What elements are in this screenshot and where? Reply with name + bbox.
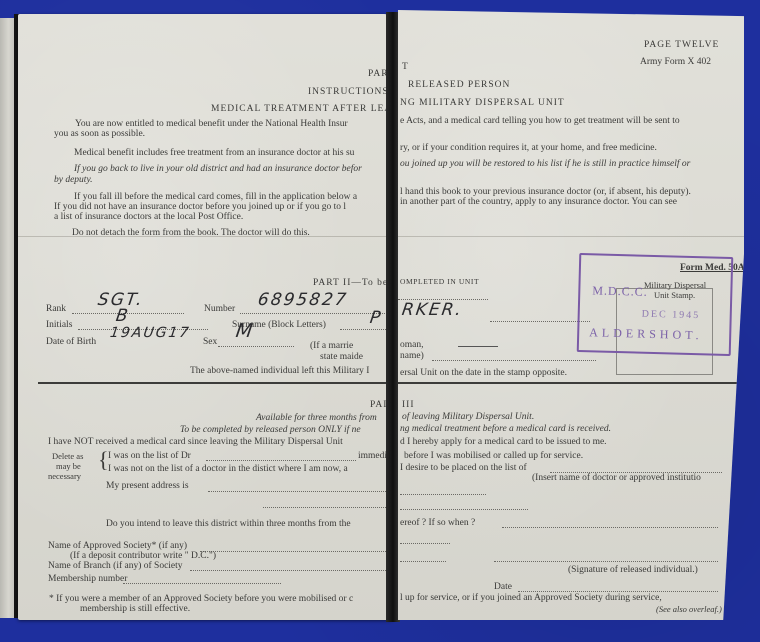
married-note-cont-a: oman, — [400, 340, 423, 351]
right-page: PAGE TWELVE Army Form X 402 T RELEASED P… — [398, 10, 744, 620]
address-field-cont2[interactable] — [400, 509, 528, 510]
insert-note: (Insert name of doctor or approved insti… — [532, 473, 701, 484]
footnote-cont-a: l up for service, or if you joined an Ap… — [400, 593, 662, 604]
option2-cont: I desire to be placed on the list of — [400, 463, 527, 474]
leave-question-cont: ereof ? If so when ? — [400, 518, 475, 529]
apply-statement: d I hereby apply for a medical card to b… — [400, 437, 607, 448]
option2-text: I was not on the list of a doctor in the… — [108, 464, 348, 475]
dob-label: Date of Birth — [46, 337, 96, 348]
maiden-name-field — [432, 360, 596, 361]
fold-crease — [398, 236, 744, 237]
society-field[interactable] — [200, 551, 392, 552]
stamp-mdcc: M.D.C.C. — [592, 283, 648, 299]
number-label: Number — [204, 304, 235, 315]
part2-heading: PART II—To be — [313, 278, 388, 289]
title-line2-cont: NG MILITARY DISPERSAL UNIT — [400, 98, 565, 109]
footnote-cont-b: (See also overleaf.) — [656, 604, 722, 615]
membership-label: Membership number — [48, 574, 127, 585]
part3-heading-cont: III — [402, 400, 415, 411]
dob-value: 19AUG17 — [109, 325, 192, 341]
society-field-cont[interactable] — [400, 543, 450, 544]
title-line1: INSTRUCTIONS T — [308, 87, 392, 98]
para3-cont: ou joined up you will be restored to his… — [400, 159, 690, 170]
married-note-b: state maide — [320, 352, 363, 363]
section-divider-cont — [398, 382, 744, 384]
initials-label: Initials — [46, 320, 72, 331]
handwritten-dash — [458, 346, 498, 347]
para4-cont-b: in another part of the country, apply to… — [400, 197, 677, 208]
completion-note: To be completed by released person ONLY … — [180, 425, 361, 436]
surname-field-line-cont — [490, 321, 590, 322]
availability-note: Available for three months from — [256, 413, 377, 424]
left-page: PAR INSTRUCTIONS T MEDICAL TREATMENT AFT… — [18, 14, 392, 620]
sex-field-line — [218, 346, 294, 347]
left-unit-text-cont: ersal Unit on the date in the stamp oppo… — [400, 368, 567, 379]
leave-date-field[interactable] — [502, 527, 718, 528]
branch-field-cont[interactable] — [400, 561, 446, 562]
address-field-cont1[interactable] — [400, 494, 486, 495]
para2-cont: ry, or if your condition requires it, at… — [400, 143, 657, 154]
option1-text: I was on the list of Dr — [108, 451, 191, 462]
signature-field[interactable] — [494, 561, 718, 562]
para1-cont: e Acts, and a medical card telling you h… — [400, 116, 680, 127]
photo-scene: PAR INSTRUCTIONS T MEDICAL TREATMENT AFT… — [0, 0, 760, 642]
book-gutter — [386, 12, 400, 622]
branch-field[interactable] — [190, 570, 392, 571]
section-divider — [38, 382, 392, 384]
doctor-name-field[interactable] — [206, 460, 356, 461]
para1-line-b: you as soon as possible. — [54, 129, 145, 140]
married-note-cont-b: name) — [400, 351, 424, 362]
footnote-line-b: membership is still effective. — [80, 604, 190, 615]
date-field[interactable] — [518, 591, 718, 592]
para3-line-b: by deputy. — [54, 175, 93, 186]
not-received-statement: I have NOT received a medical card since… — [48, 437, 343, 448]
address-label: My present address is — [106, 481, 189, 492]
initials-value: B — [115, 306, 131, 326]
membership-field[interactable] — [123, 583, 281, 584]
address-field-line2[interactable] — [263, 507, 392, 508]
stamp-place: ALDERSHOT. — [589, 325, 703, 343]
part-label-cont: T — [402, 62, 409, 73]
page-number: PAGE TWELVE — [644, 40, 719, 51]
stamp-date: DEC 1945 — [642, 309, 701, 322]
para3-line-a: If you go back to live in your old distr… — [74, 164, 362, 175]
surname-value-left: P — [369, 308, 384, 328]
date-label: Date — [494, 582, 512, 593]
surname-value: RKER. — [401, 300, 465, 320]
sex-label: Sex — [203, 337, 217, 348]
sex-value: M — [234, 320, 255, 342]
form-id: Army Form X 402 — [640, 57, 711, 68]
availability-note-cont: of leaving Military Dispersal Unit. — [402, 412, 534, 423]
completion-note-cont: ng medical treatment before a medical ca… — [400, 424, 611, 435]
number-value: 6895827 — [257, 290, 350, 310]
signature-label: (Signature of released individual.) — [568, 565, 698, 576]
title-line1-cont: RELEASED PERSON — [408, 80, 510, 91]
delete-note-3: necessary — [48, 471, 81, 482]
married-note-a: (If a marrie — [310, 341, 353, 352]
dispersal-unit-stamp: M.D.C.C. DEC 1945 ALDERSHOT. — [577, 253, 734, 356]
option1-cont: before I was mobilised or called up for … — [404, 451, 583, 462]
brace: { — [98, 448, 109, 472]
part3-heading: PAI — [370, 400, 387, 411]
left-unit-text: The above-named individual left this Mil… — [190, 366, 369, 377]
leave-question: Do you intend to leave this district wit… — [106, 519, 351, 530]
part2-heading-cont: OMPLETED IN UNIT — [400, 276, 479, 287]
title-line2: MEDICAL TREATMENT AFTER LEA — [211, 104, 392, 115]
branch-label: Name of Branch (if any) of Society — [48, 561, 183, 572]
address-field-line1[interactable] — [208, 491, 392, 492]
para2: Medical benefit includes free treatment … — [74, 148, 354, 159]
para4-line-c: a list of insurance doctors at the local… — [54, 212, 243, 223]
surname-field-line — [340, 329, 390, 330]
number-field-line — [240, 313, 385, 314]
para5: Do not detach the form from the book. Th… — [72, 228, 310, 239]
rank-label: Rank — [46, 304, 66, 315]
